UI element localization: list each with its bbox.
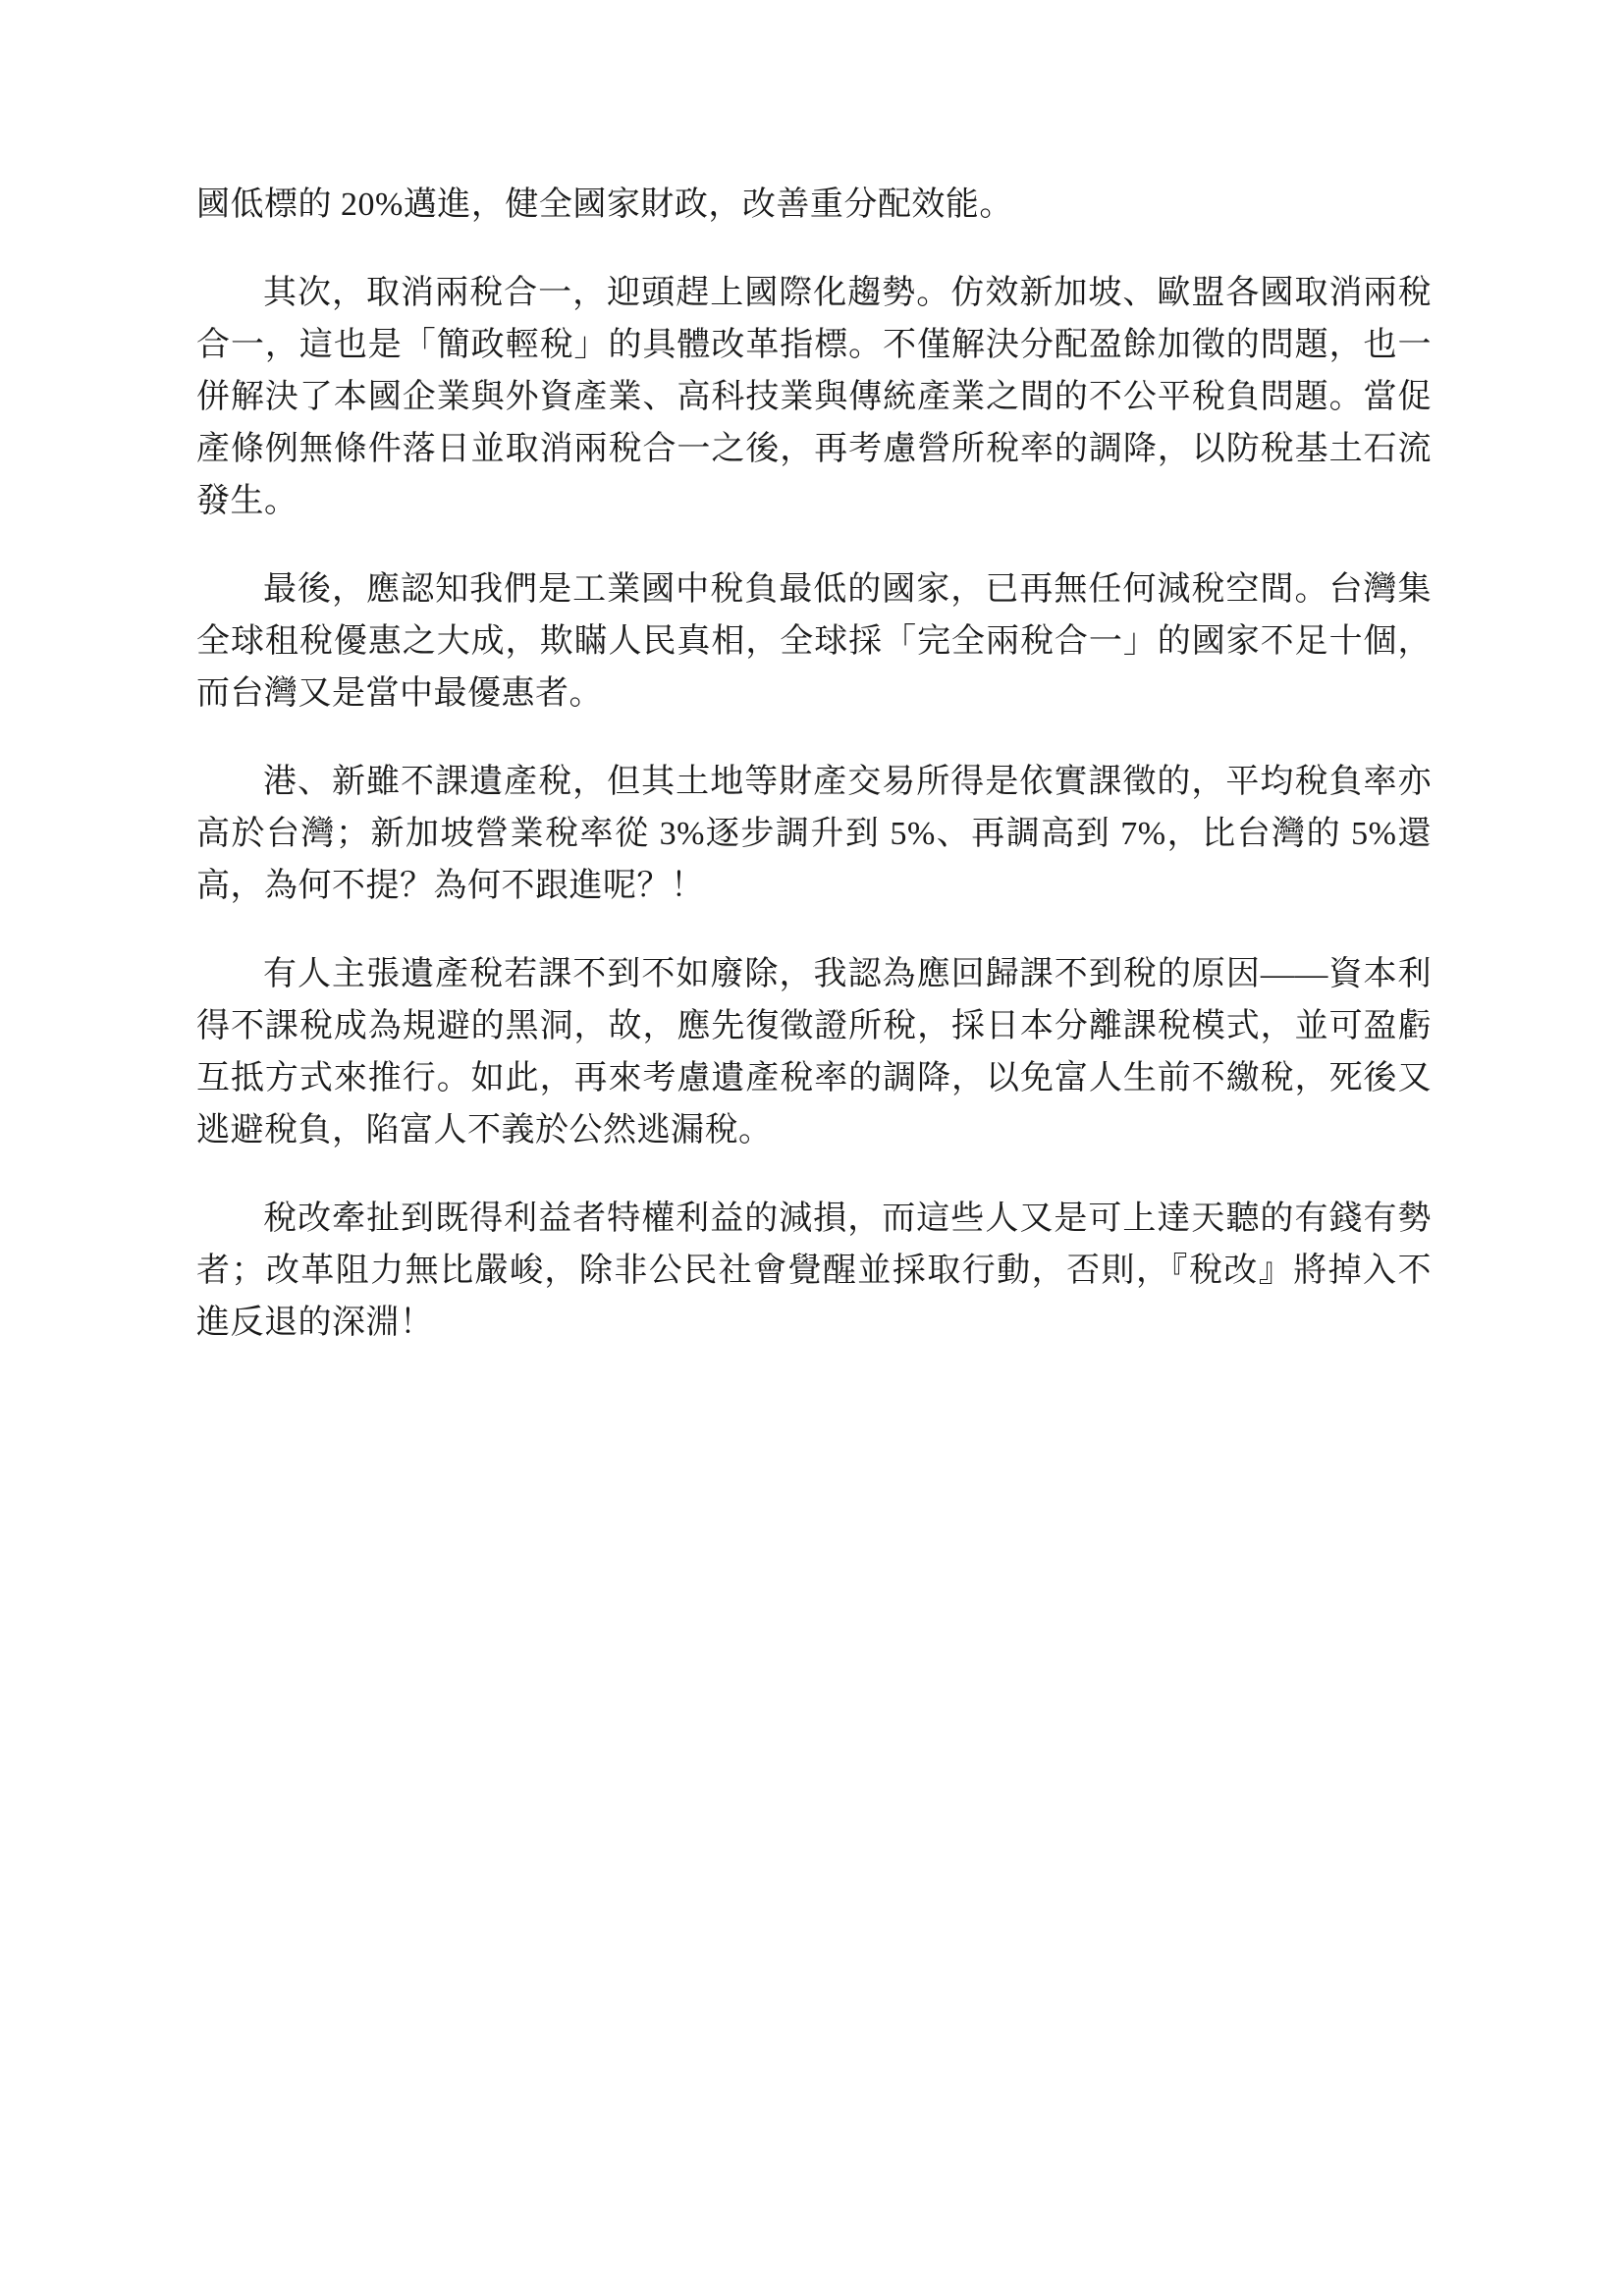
paragraph-second-point: 其次，取消兩稅合一，迎頭趕上國際化趨勢。仿效新加坡、歐盟各國取消兩稅合一，這也是… [196, 267, 1432, 527]
paragraph-estate-tax: 有人主張遺產稅若課不到不如廢除，我認為應回歸課不到稅的原因——資本利得不課稅成為… [196, 948, 1432, 1156]
paragraph-hk-singapore: 港、新雖不課遺產稅，但其土地等財產交易所得是依實課徵的，平均稅負率亦高於台灣；新… [196, 756, 1432, 912]
paragraph-final-point: 最後，應認知我們是工業國中稅負最低的國家，已再無任何減稅空間。台灣集全球租稅優惠… [196, 563, 1432, 720]
document-text-block: 國低標的 20%邁進，健全國家財政，改善重分配效能。 其次，取消兩稅合一，迎頭趕… [196, 179, 1432, 1349]
paragraph-conclusion: 稅改牽扯到既得利益者特權利益的減損，而這些人又是可上達天聽的有錢有勢者；改革阻力… [196, 1193, 1432, 1349]
paragraph-continuation: 國低標的 20%邁進，健全國家財政，改善重分配效能。 [196, 179, 1432, 231]
document-page: 國低標的 20%邁進，健全國家財政，改善重分配效能。 其次，取消兩稅合一，迎頭趕… [0, 0, 1624, 2296]
